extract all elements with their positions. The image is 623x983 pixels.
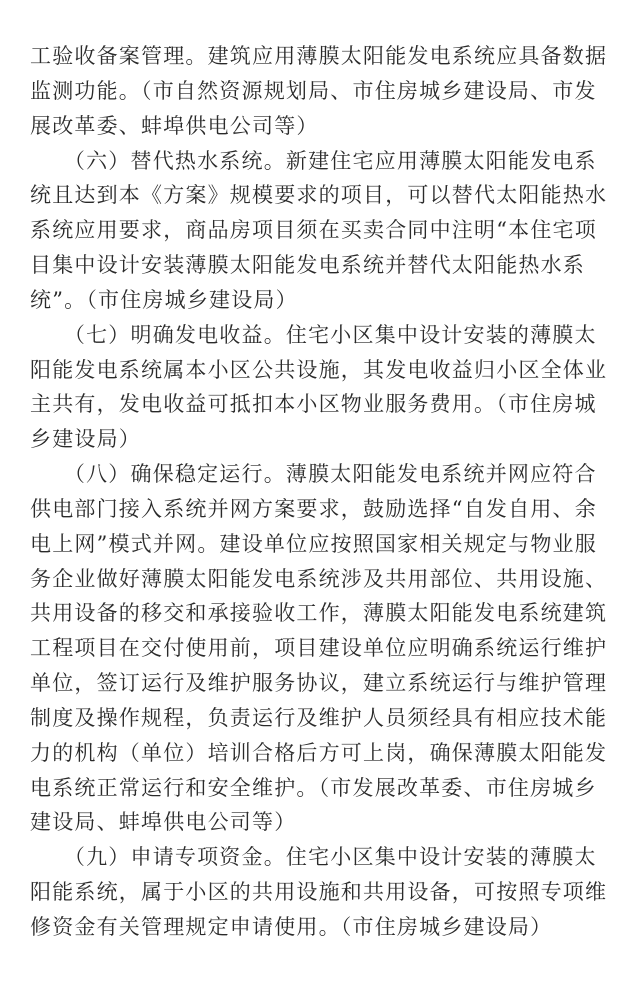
text-line: 系统应用要求，商品房项目须在买卖合同中注明“本住宅项: [30, 218, 590, 242]
text-line: 单位，签订运行及维护服务协议，建立系统运行与维护管理: [30, 671, 590, 695]
text-line: 工验收备案管理。建筑应用薄膜太阳能发电系统应具备数据: [30, 44, 590, 68]
text-line: 主共有，发电收益可抵扣本小区物业服务费用。（市住房城: [30, 392, 590, 416]
text-line: 阳能系统，属于小区的共用设施和共用设备，可按照专项维: [30, 880, 590, 904]
text-line: 统”。（市住房城乡建设局）: [30, 288, 590, 312]
text-line: 统且达到本《方案》规模要求的项目，可以替代太阳能热水: [30, 183, 590, 207]
text-line: 展改革委、蚌埠供电公司等）: [30, 114, 590, 138]
text-line: 共用设备的移交和承接验收工作，薄膜太阳能发电系统建筑: [30, 601, 590, 625]
text-line: 工程项目在交付使用前，项目建设单位应明确系统运行维护: [30, 636, 590, 660]
text-line: 供电部门接入系统并网方案要求，鼓励选择“自发自用、余: [30, 497, 590, 521]
text-line: 电系统正常运行和安全维护。（市发展改革委、市住房城乡: [30, 776, 590, 800]
section-heading-line: （六）替代热水系统。新建住宅应用薄膜太阳能发电系: [30, 149, 590, 173]
document-page: 工验收备案管理。建筑应用薄膜太阳能发电系统应具备数据 监测功能。（市自然资源规划…: [0, 0, 623, 983]
text-line: 制度及操作规程，负责运行及维护人员须经具有相应技术能: [30, 706, 590, 730]
text-line: 务企业做好薄膜太阳能发电系统涉及共用部位、共用设施、: [30, 567, 590, 591]
text-line: 修资金有关管理规定申请使用。（市住房城乡建设局）: [30, 915, 590, 939]
text-line: 力的机构（单位）培训合格后方可上岗，确保薄膜太阳能发: [30, 741, 590, 765]
text-line: 监测功能。（市自然资源规划局、市住房城乡建设局、市发: [30, 79, 590, 103]
text-line: 乡建设局）: [30, 427, 590, 451]
section-heading-line: （九）申请专项资金。住宅小区集中设计安装的薄膜太: [30, 845, 590, 869]
section-heading-line: （八）确保稳定运行。薄膜太阳能发电系统并网应符合: [30, 462, 590, 486]
text-line: 电上网”模式并网。建设单位应按照国家相关规定与物业服: [30, 532, 590, 556]
text-line: 目集中设计安装薄膜太阳能发电系统并替代太阳能热水系: [30, 253, 590, 277]
text-line: 建设局、蚌埠供电公司等）: [30, 810, 590, 834]
text-line: 阳能发电系统属本小区公共设施，其发电收益归小区全体业: [30, 358, 590, 382]
section-heading-line: （七）明确发电收益。住宅小区集中设计安装的薄膜太: [30, 323, 590, 347]
